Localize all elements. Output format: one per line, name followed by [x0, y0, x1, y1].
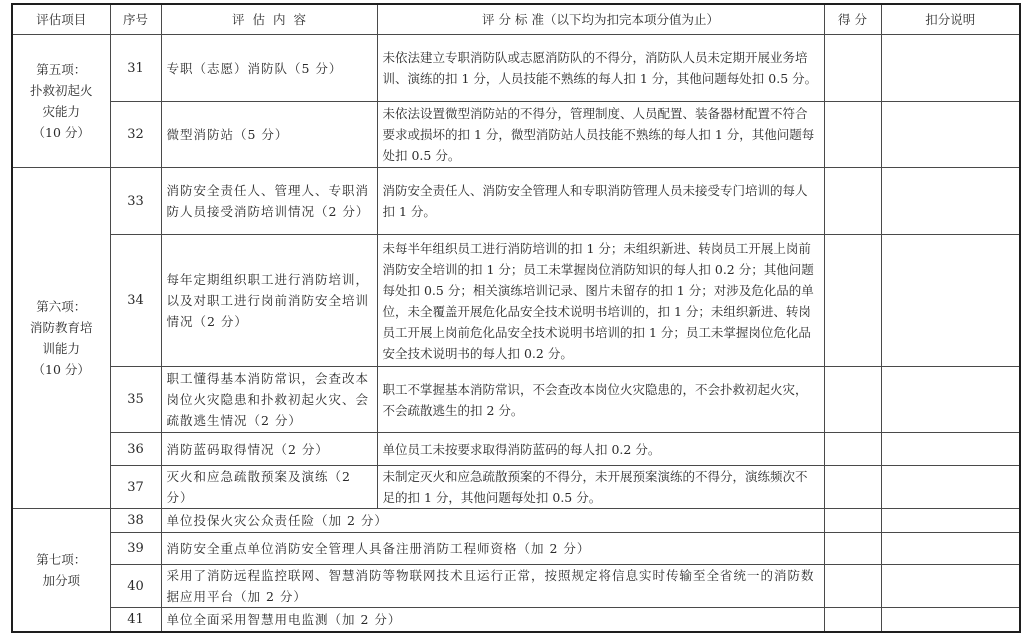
row-content: 灭火和应急疏散预案及演练（2 分）	[161, 466, 377, 509]
row-number: 36	[110, 433, 161, 466]
row-number: 33	[110, 168, 161, 235]
row-number: 38	[110, 509, 161, 533]
row-number: 31	[110, 35, 161, 102]
row-content: 采用了消防远程监控联网、智慧消防等物联网技术且运行正常，按照规定将信息实时传输至…	[161, 565, 824, 608]
row-content: 消防安全责任人、管理人、专职消防人员接受消防培训情况（2 分）	[161, 168, 377, 235]
score-cell[interactable]	[824, 608, 881, 632]
category-line: 灾能力	[18, 101, 105, 122]
score-cell[interactable]	[824, 433, 881, 466]
category-line: 第六项：	[18, 296, 105, 317]
row-number: 32	[110, 102, 161, 168]
row-standard: 未依法建立专职消防队或志愿消防队的不得分，消防队人员未定期开展业务培训、演练的扣…	[377, 35, 824, 102]
row-standard: 未依法设置微型消防站的不得分，管理制度、人员配置、装备器材配置不符合要求或损坏的…	[377, 102, 824, 168]
row-number: 34	[110, 235, 161, 367]
category-cell-5: 第五项： 扑救初起火 灾能力 （10 分）	[12, 35, 110, 168]
table-row: 40 采用了消防远程监控联网、智慧消防等物联网技术且运行正常，按照规定将信息实时…	[12, 565, 1020, 608]
table-row: 第六项： 消防教育培 训能力 （10 分） 33 消防安全责任人、管理人、专职消…	[12, 168, 1020, 235]
header-content: 评 估 内 容	[161, 4, 377, 35]
row-number: 41	[110, 608, 161, 632]
row-number: 37	[110, 466, 161, 509]
category-cell-6: 第六项： 消防教育培 训能力 （10 分）	[12, 168, 110, 509]
category-line: 扑救初起火	[18, 80, 105, 101]
evaluation-table: 评估项目 序号 评 估 内 容 评 分 标 准（以下均为扣完本项分值为止） 得 …	[11, 3, 1021, 633]
table-row: 37 灭火和应急疏散预案及演练（2 分） 未制定灭火和应急疏散预案的不得分，未开…	[12, 466, 1020, 509]
score-cell[interactable]	[824, 509, 881, 533]
row-content: 每年定期组织职工进行消防培训，以及对职工进行岗前消防安全培训情况（2 分）	[161, 235, 377, 367]
category-line: 第七项：	[18, 549, 105, 570]
score-cell[interactable]	[824, 565, 881, 608]
note-cell[interactable]	[881, 466, 1020, 509]
header-score: 得 分	[824, 4, 881, 35]
table-row: 35 职工懂得基本消防常识，会查改本岗位火灾隐患和扑救初起火灾、会疏散逃生情况（…	[12, 367, 1020, 433]
row-content: 微型消防站（5 分）	[161, 102, 377, 168]
row-standard: 消防安全责任人、消防安全管理人和专职消防管理人员未接受专门培训的每人扣 1 分。	[377, 168, 824, 235]
category-cell-7: 第七项： 加分项	[12, 509, 110, 632]
row-content: 消防蓝码取得情况（2 分）	[161, 433, 377, 466]
table-row: 第五项： 扑救初起火 灾能力 （10 分） 31 专职（志愿）消防队（5 分） …	[12, 35, 1020, 102]
table-row: 39 消防安全重点单位消防安全管理人具备注册消防工程师资格（加 2 分）	[12, 533, 1020, 565]
row-standard: 职工不掌握基本消防常识，不会查改本岗位火灾隐患的，不会扑救初起火灾，不会疏散逃生…	[377, 367, 824, 433]
score-cell[interactable]	[824, 35, 881, 102]
row-content: 消防安全重点单位消防安全管理人具备注册消防工程师资格（加 2 分）	[161, 533, 824, 565]
table-row: 第七项： 加分项 38 单位投保火灾公众责任险（加 2 分）	[12, 509, 1020, 533]
header-category: 评估项目	[12, 4, 110, 35]
row-content: 专职（志愿）消防队（5 分）	[161, 35, 377, 102]
row-content: 单位全面采用智慧用电监测（加 2 分）	[161, 608, 824, 632]
header-row: 评估项目 序号 评 估 内 容 评 分 标 准（以下均为扣完本项分值为止） 得 …	[12, 4, 1020, 35]
note-cell[interactable]	[881, 433, 1020, 466]
category-line: 第五项：	[18, 59, 105, 80]
score-cell[interactable]	[824, 367, 881, 433]
row-standard: 未制定灭火和应急疏散预案的不得分，未开展预案演练的不得分，演练频次不足的扣 1 …	[377, 466, 824, 509]
header-note: 扣分说明	[881, 4, 1020, 35]
note-cell[interactable]	[881, 35, 1020, 102]
row-content: 单位投保火灾公众责任险（加 2 分）	[161, 509, 824, 533]
table-row: 34 每年定期组织职工进行消防培训，以及对职工进行岗前消防安全培训情况（2 分）…	[12, 235, 1020, 367]
row-number: 35	[110, 367, 161, 433]
category-line: （10 分）	[18, 122, 105, 143]
header-standard: 评 分 标 准（以下均为扣完本项分值为止）	[377, 4, 824, 35]
header-number: 序号	[110, 4, 161, 35]
category-line: 消防教育培	[18, 317, 105, 338]
category-line: 训能力	[18, 338, 105, 359]
table-row: 32 微型消防站（5 分） 未依法设置微型消防站的不得分，管理制度、人员配置、装…	[12, 102, 1020, 168]
score-cell[interactable]	[824, 466, 881, 509]
note-cell[interactable]	[881, 608, 1020, 632]
row-standard: 未每半年组织员工进行消防培训的扣 1 分；未组织新进、转岗员工开展上岗前消防安全…	[377, 235, 824, 367]
note-cell[interactable]	[881, 367, 1020, 433]
note-cell[interactable]	[881, 168, 1020, 235]
note-cell[interactable]	[881, 533, 1020, 565]
note-cell[interactable]	[881, 509, 1020, 533]
row-content: 职工懂得基本消防常识，会查改本岗位火灾隐患和扑救初起火灾、会疏散逃生情况（2 分…	[161, 367, 377, 433]
score-cell[interactable]	[824, 102, 881, 168]
row-number: 40	[110, 565, 161, 608]
note-cell[interactable]	[881, 235, 1020, 367]
row-number: 39	[110, 533, 161, 565]
table-row: 36 消防蓝码取得情况（2 分） 单位员工未按要求取得消防蓝码的每人扣 0.2 …	[12, 433, 1020, 466]
table-row: 41 单位全面采用智慧用电监测（加 2 分）	[12, 608, 1020, 632]
score-cell[interactable]	[824, 168, 881, 235]
note-cell[interactable]	[881, 565, 1020, 608]
note-cell[interactable]	[881, 102, 1020, 168]
category-line: 加分项	[18, 570, 105, 591]
score-cell[interactable]	[824, 533, 881, 565]
category-line: （10 分）	[18, 359, 105, 380]
row-standard: 单位员工未按要求取得消防蓝码的每人扣 0.2 分。	[377, 433, 824, 466]
score-cell[interactable]	[824, 235, 881, 367]
